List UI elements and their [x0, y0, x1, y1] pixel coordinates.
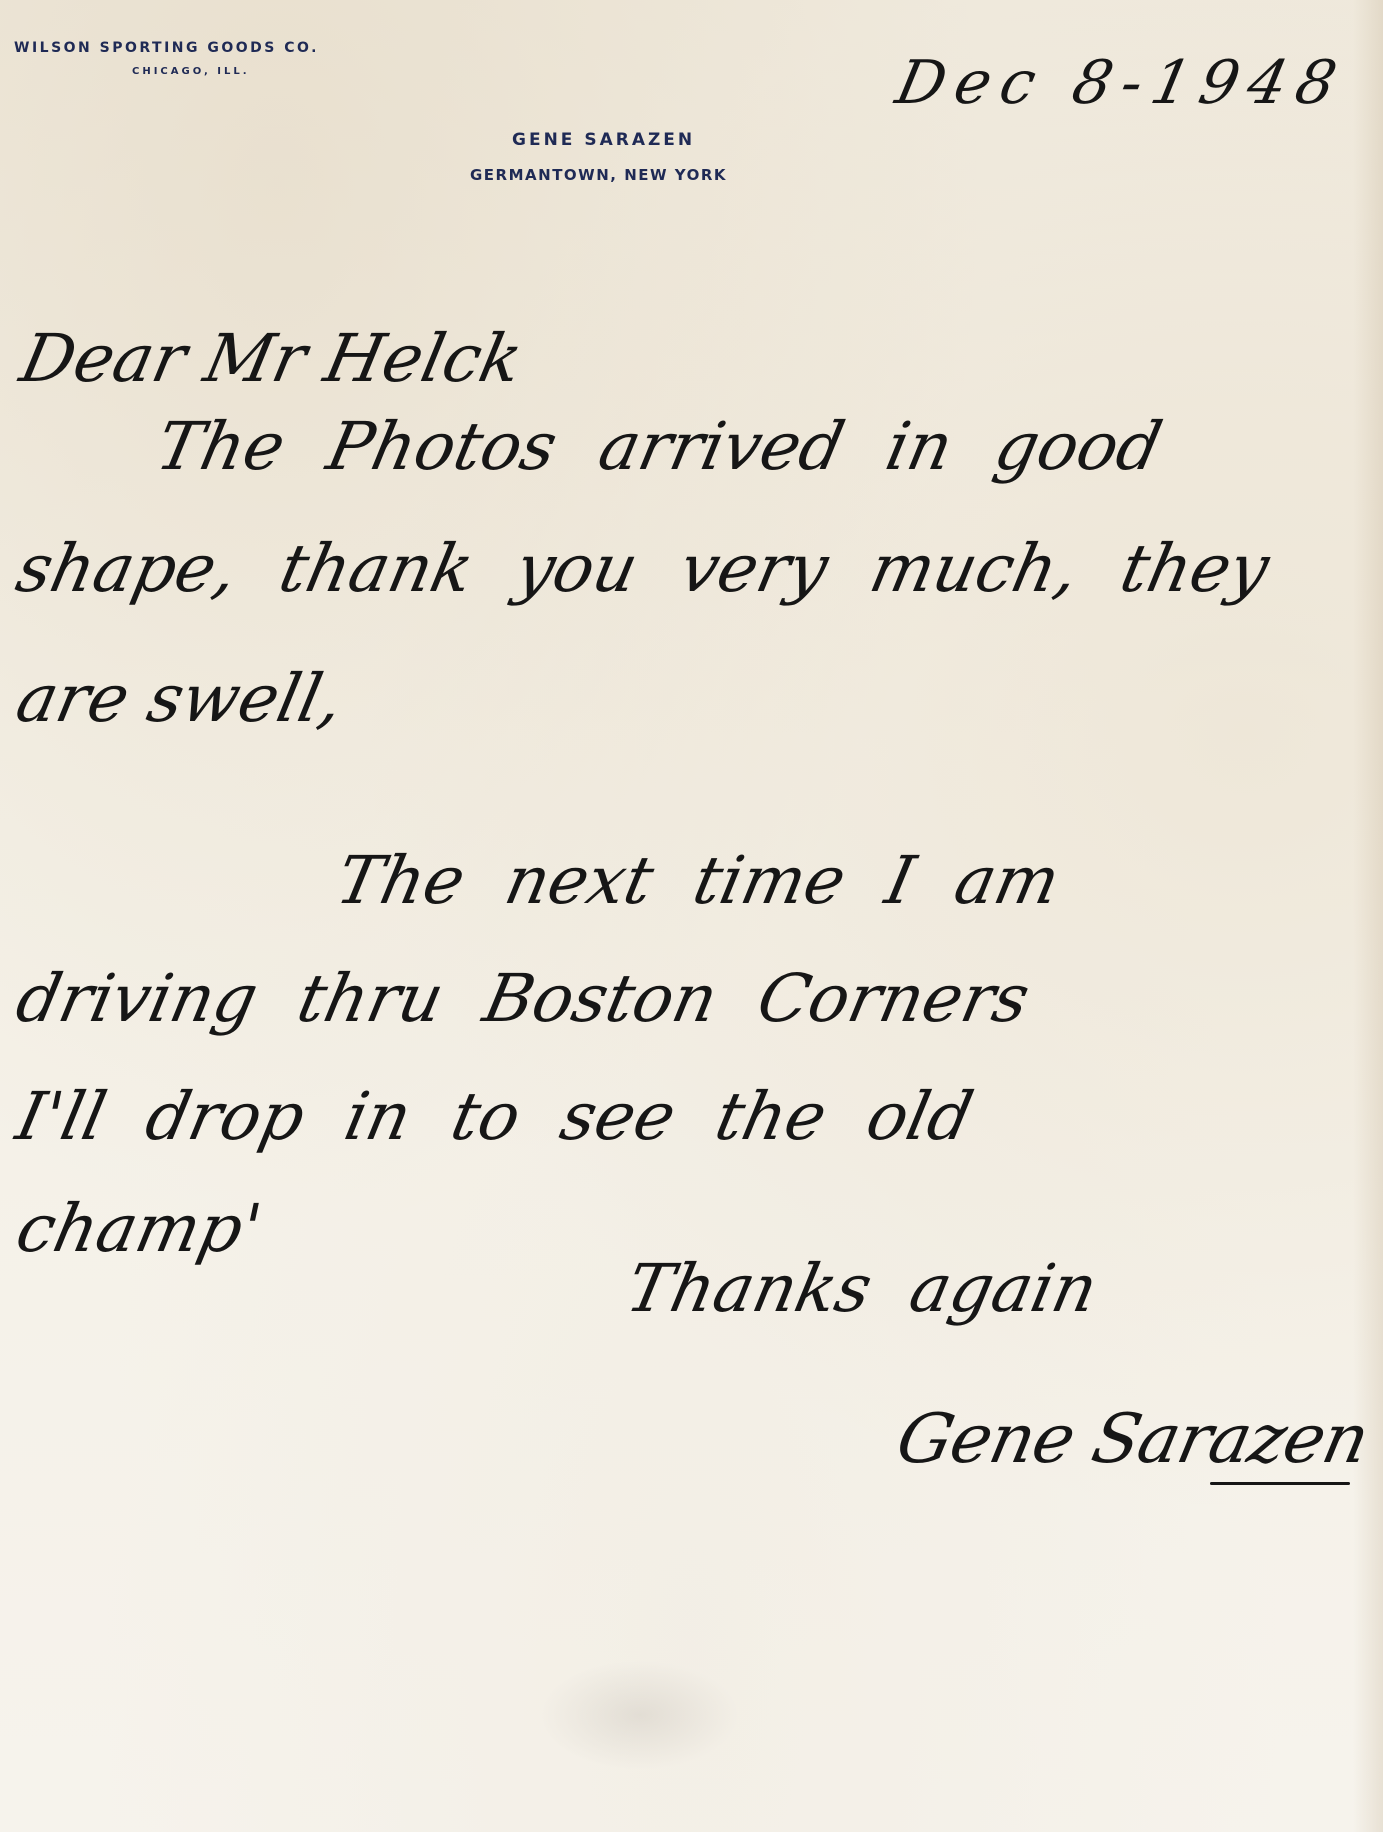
signature-underline-stroke	[1210, 1482, 1350, 1485]
letterhead-name: Gene Sarazen	[512, 130, 695, 150]
body-line-3: are swell,	[10, 660, 350, 737]
body-line-7: champ'	[10, 1190, 268, 1267]
letterhead-location: Germantown, New York	[470, 166, 727, 184]
letter-salutation: Dear Mr Helck	[14, 320, 529, 397]
body-line-6: I'll drop in to see the old	[10, 1078, 980, 1155]
letter-date: Dec 8-1948	[890, 48, 1352, 118]
paper-edge-shading	[1353, 0, 1383, 1832]
paper-smudge	[540, 1660, 740, 1770]
body-line-5: driving thru Boston Corners	[10, 960, 1036, 1037]
signature: Gene Sarazen	[890, 1400, 1375, 1479]
body-line-2: shape, thank you very much, they	[10, 530, 1276, 607]
letterhead-company-city: Chicago, Ill.	[132, 66, 250, 77]
letterhead-company: Wilson Sporting Goods Co.	[14, 40, 319, 56]
body-line-1: The Photos arrived in good	[150, 408, 1168, 485]
body-line-4: The next time I am	[330, 842, 1066, 919]
letter-closing: Thanks again	[620, 1250, 1104, 1327]
